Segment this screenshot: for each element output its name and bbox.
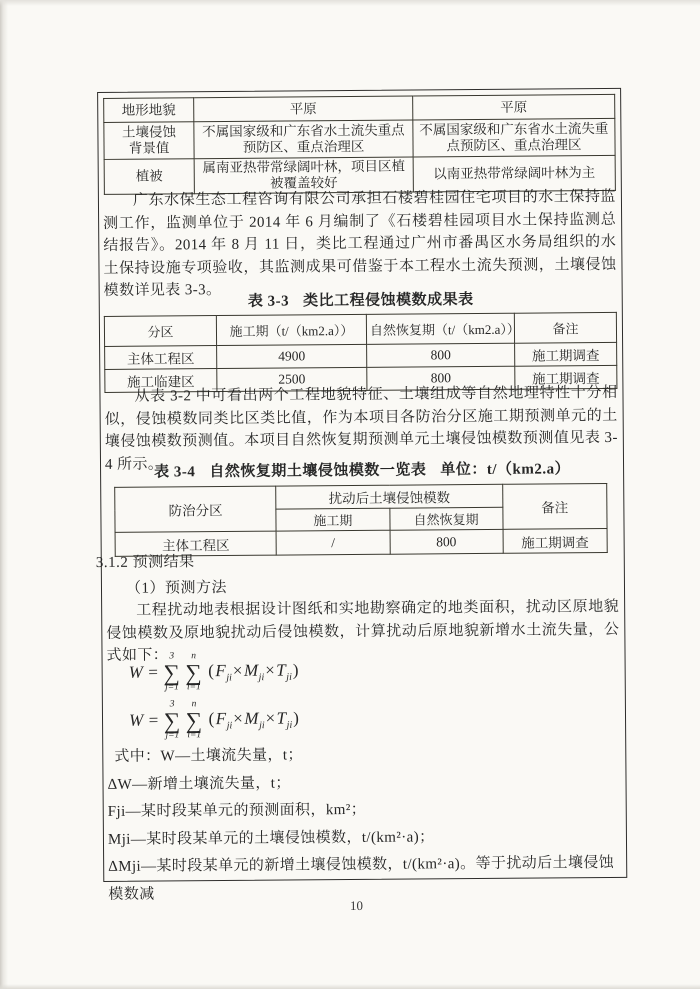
table-header-row: 分区 施工期（t/（km2.a）） 自然恢复期（t/（km2.a）） 备注 (104, 312, 616, 346)
formula-lhs: W (129, 663, 144, 683)
summation-i: n ∑ i=1 (186, 700, 203, 741)
definition-line: Fji—某时段某单元的预测面积，km²； (108, 795, 621, 827)
construction-value-cell: 4900 (217, 344, 367, 368)
subcol-construction: 施工期 (276, 508, 389, 531)
col-header-disturbed-group: 扰动后土壤侵蚀模数 (276, 484, 503, 509)
terrain-analog-cell: 平原 (194, 96, 413, 122)
multiply-sign: × (264, 661, 276, 680)
equals-sign: = (148, 663, 158, 683)
table34-caption: 表 3-4自然恢复期土壤侵蚀模数一览表单位：t/（km2.a） (101, 457, 623, 482)
subsection-method-heading: （1）预测方法 (126, 576, 227, 598)
col-header-zone: 防治分区 (115, 486, 277, 532)
subscript-ji: ji (259, 672, 265, 683)
sigma-symbol: ∑ (185, 663, 202, 683)
construction-value-cell: / (276, 530, 389, 555)
paragraph-monitoring: 广东水保生态工程咨询有限公司承担石楼碧桂园住宅项目的水土保持监测工作，监测单位于… (103, 186, 617, 303)
erosion-project-cell: 不属国家级和广东省水土流失重点预防区、重点治理区 (413, 118, 615, 157)
sum-lower-limit: j=1 (165, 683, 179, 693)
terrain-project-cell: 平原 (413, 94, 615, 120)
sigma-symbol: ∑ (164, 711, 181, 731)
summation-i: n ∑ i=1 (185, 652, 202, 693)
sum-lower-limit: i=1 (187, 683, 201, 693)
table-header-row: 防治分区 扰动后土壤侵蚀模数 备注 (115, 483, 607, 510)
col-header-note: 备注 (514, 312, 616, 343)
content-frame: 地形地貌 平原 平原 土壤侵蚀 背景值 不属国家级和广东省水土流失重点预防区、重… (97, 88, 627, 882)
summation-j: 3 ∑ j=1 (164, 700, 181, 741)
table34-caption-title: 自然恢复期土壤侵蚀模数一览表 (209, 462, 426, 480)
sum-lower-limit: j=1 (165, 731, 179, 741)
recovery-value-cell: 800 (390, 529, 503, 554)
subscript-ji: ji (259, 720, 265, 731)
definition-line: 式中：W—土壤流失量，t； (107, 740, 620, 772)
open-paren: ( (208, 709, 216, 728)
note-cell: 施工期调查 (503, 528, 607, 553)
definition-line: ΔW—新增土壤流失量，t； (107, 767, 620, 799)
table33-caption-title: 类比工程侵蚀模数成果表 (303, 292, 474, 309)
analogy-modulus-table: 分区 施工期（t/（km2.a）） 自然恢复期（t/（km2.a）） 备注 主体… (104, 312, 618, 393)
col-header-note: 备注 (502, 483, 607, 529)
col-header-zone: 分区 (104, 316, 216, 347)
row-label-erosion-background: 土壤侵蚀 背景值 (104, 122, 194, 160)
section-heading-312: 3.1.2 预测结果 (96, 550, 195, 572)
var-F: F (216, 709, 227, 728)
sum-lower-limit: i=1 (187, 731, 201, 741)
subcol-recovery: 自然恢复期 (389, 507, 502, 530)
close-paren: ) (292, 660, 300, 679)
soil-loss-formula-1: W = 3 ∑ j=1 n ∑ i=1 (Fji×Mji×Tji) (128, 651, 300, 693)
formula-body: (Fji×Mji×Tji) (208, 708, 301, 731)
formula-lhs: W (129, 711, 144, 731)
var-F: F (215, 661, 226, 680)
table33-caption: 表 3-3类比工程侵蚀模数成果表 (100, 287, 622, 312)
var-T: T (277, 709, 287, 728)
equals-sign: = (149, 711, 159, 731)
recovery-value-cell: 800 (367, 343, 515, 367)
sigma-symbol: ∑ (163, 663, 180, 683)
zone-cell: 主体工程区 (105, 346, 217, 370)
var-M: M (244, 661, 259, 680)
table33-caption-label: 表 3-3 (248, 293, 289, 309)
col-header-recovery: 自然恢复期（t/（km2.a）） (366, 313, 514, 344)
soil-loss-formula-2: W = 3 ∑ j=1 n ∑ i=1 (Fji×Mji×Tji) (129, 699, 301, 741)
multiply-sign: × (264, 709, 276, 728)
table-row: 土壤侵蚀 背景值 不属国家级和广东省水土流失重点预防区、重点治理区 不属国家级和… (104, 118, 615, 159)
note-cell: 施工期调查 (515, 342, 617, 366)
col-header-construction: 施工期（t/（km2.a）） (216, 314, 366, 345)
var-T: T (276, 661, 286, 680)
formula-definitions: 式中：W—土壤流失量，t； ΔW—新增土壤流失量，t； Fji—某时段某单元的预… (107, 740, 621, 910)
multiply-sign: × (232, 661, 244, 680)
background-values-table: 地形地貌 平原 平原 土壤侵蚀 背景值 不属国家级和广东省水土流失重点预防区、重… (103, 94, 616, 195)
scanned-report-page: { "page": { "number": "10" }, "backgroun… (0, 0, 700, 989)
var-M: M (244, 709, 259, 728)
summation-j: 3 ∑ j=1 (163, 652, 180, 693)
table34-caption-unit: 单位：t/（km2.a） (440, 461, 570, 478)
recovery-modulus-table: 防治分区 扰动后土壤侵蚀模数 备注 施工期 自然恢复期 主体工程区 / 800 … (114, 483, 608, 557)
erosion-analog-cell: 不属国家级和广东省水土流失重点预防区、重点治理区 (194, 120, 413, 159)
sigma-symbol: ∑ (186, 711, 203, 731)
row-label-terrain: 地形地貌 (104, 98, 194, 123)
page-sheet: 地形地貌 平原 平原 土壤侵蚀 背景值 不属国家级和广东省水土流失重点预防区、重… (0, 0, 700, 989)
close-paren: ) (292, 708, 300, 727)
table34-caption-label: 表 3-4 (154, 464, 195, 480)
formula-body: (Fji×Mji×Tji) (207, 660, 300, 683)
multiply-sign: × (232, 709, 244, 728)
open-paren: ( (207, 661, 215, 680)
definition-line: Mji—某时段某单元的土壤侵蚀模数，t/(km²·a)； (108, 823, 621, 855)
